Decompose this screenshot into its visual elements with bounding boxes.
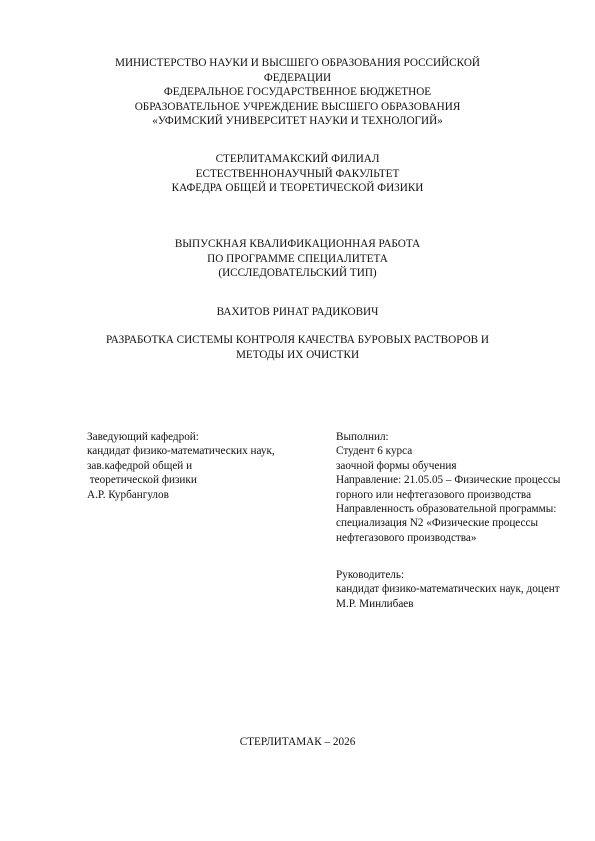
performer-line: Направление: 21.05.05 – Физические проце…	[336, 473, 560, 487]
ministry-line: «УФИМСКИЙ УНИВЕРСИТЕТ НАУКИ И ТЕХНОЛОГИЙ…	[0, 114, 595, 129]
work-type-line: ПО ПРОГРАММЕ СПЕЦИАЛИТЕТА	[0, 252, 595, 267]
ministry-line: ФЕДЕРАЛЬНОЕ ГОСУДАРСТВЕННОЕ БЮДЖЕТНОЕ	[0, 85, 595, 100]
branch-line: ЕСТЕСТВЕННОНАУЧНЫЙ ФАКУЛЬТЕТ	[0, 167, 595, 182]
author-text: ВАХИТОВ РИНАТ РАДИКОВИЧ	[0, 305, 595, 320]
head-line: Заведующий кафедрой:	[87, 430, 275, 444]
head-line: А.Р. Курбангулов	[87, 488, 275, 502]
head-line: кандидат физико-математических наук,	[87, 444, 275, 458]
branch-line: СТЕРЛИТАМАКСКИЙ ФИЛИАЛ	[0, 152, 595, 167]
footer-text: СТЕРЛИТАМАК – 2026	[0, 735, 595, 750]
supervisor-line: М.Р. Минлибаев	[336, 597, 560, 611]
work-type-line: ВЫПУСКНАЯ КВАЛИФИКАЦИОННАЯ РАБОТА	[0, 237, 595, 252]
supervisor-line: кандидат физико-математических наук, доц…	[336, 582, 560, 596]
performer-line: горного или нефтегазового производства	[336, 488, 560, 502]
author-name: ВАХИТОВ РИНАТ РАДИКОВИЧ	[0, 305, 595, 320]
branch-header: СТЕРЛИТАМАКСКИЙ ФИЛИАЛ ЕСТЕСТВЕННОНАУЧНЫ…	[0, 152, 595, 196]
head-line: зав.кафедрой общей и	[87, 459, 275, 473]
supervisor-line: Руководитель:	[336, 568, 560, 582]
city-year-footer: СТЕРЛИТАМАК – 2026	[0, 735, 595, 750]
ministry-line: ФЕДЕРАЦИИ	[0, 71, 595, 86]
thesis-title-line: РАЗРАБОТКА СИСТЕМЫ КОНТРОЛЯ КАЧЕСТВА БУР…	[0, 333, 595, 348]
ministry-line: МИНИСТЕРСТВО НАУКИ И ВЫСШЕГО ОБРАЗОВАНИЯ…	[0, 56, 595, 71]
head-of-department-block: Заведующий кафедрой: кандидат физико-мат…	[87, 430, 275, 502]
ministry-header: МИНИСТЕРСТВО НАУКИ И ВЫСШЕГО ОБРАЗОВАНИЯ…	[0, 56, 595, 129]
work-type-line: (ИССЛЕДОВАТЕЛЬСКИЙ ТИП)	[0, 266, 595, 281]
performer-line: нефтегазового производства»	[336, 531, 560, 545]
performer-line: Направленность образовательной программы…	[336, 502, 560, 516]
thesis-title: РАЗРАБОТКА СИСТЕМЫ КОНТРОЛЯ КАЧЕСТВА БУР…	[0, 333, 595, 362]
performer-line: специализация N2 «Физические процессы	[336, 516, 560, 530]
supervisor-block: Руководитель: кандидат физико-математиче…	[336, 568, 560, 611]
performer-line: Студент 6 курса	[336, 444, 560, 458]
performer-line: Выполнил:	[336, 430, 560, 444]
head-line: теоретической физики	[87, 473, 275, 487]
thesis-title-line: МЕТОДЫ ИХ ОЧИСТКИ	[0, 348, 595, 363]
branch-line: КАФЕДРА ОБЩЕЙ И ТЕОРЕТИЧЕСКОЙ ФИЗИКИ	[0, 181, 595, 196]
performed-by-block: Выполнил: Студент 6 курса заочной формы …	[336, 430, 560, 545]
ministry-line: ОБРАЗОВАТЕЛЬНОЕ УЧРЕЖДЕНИЕ ВЫСШЕГО ОБРАЗ…	[0, 100, 595, 115]
performer-line: заочной формы обучения	[336, 459, 560, 473]
work-type: ВЫПУСКНАЯ КВАЛИФИКАЦИОННАЯ РАБОТА ПО ПРО…	[0, 237, 595, 281]
